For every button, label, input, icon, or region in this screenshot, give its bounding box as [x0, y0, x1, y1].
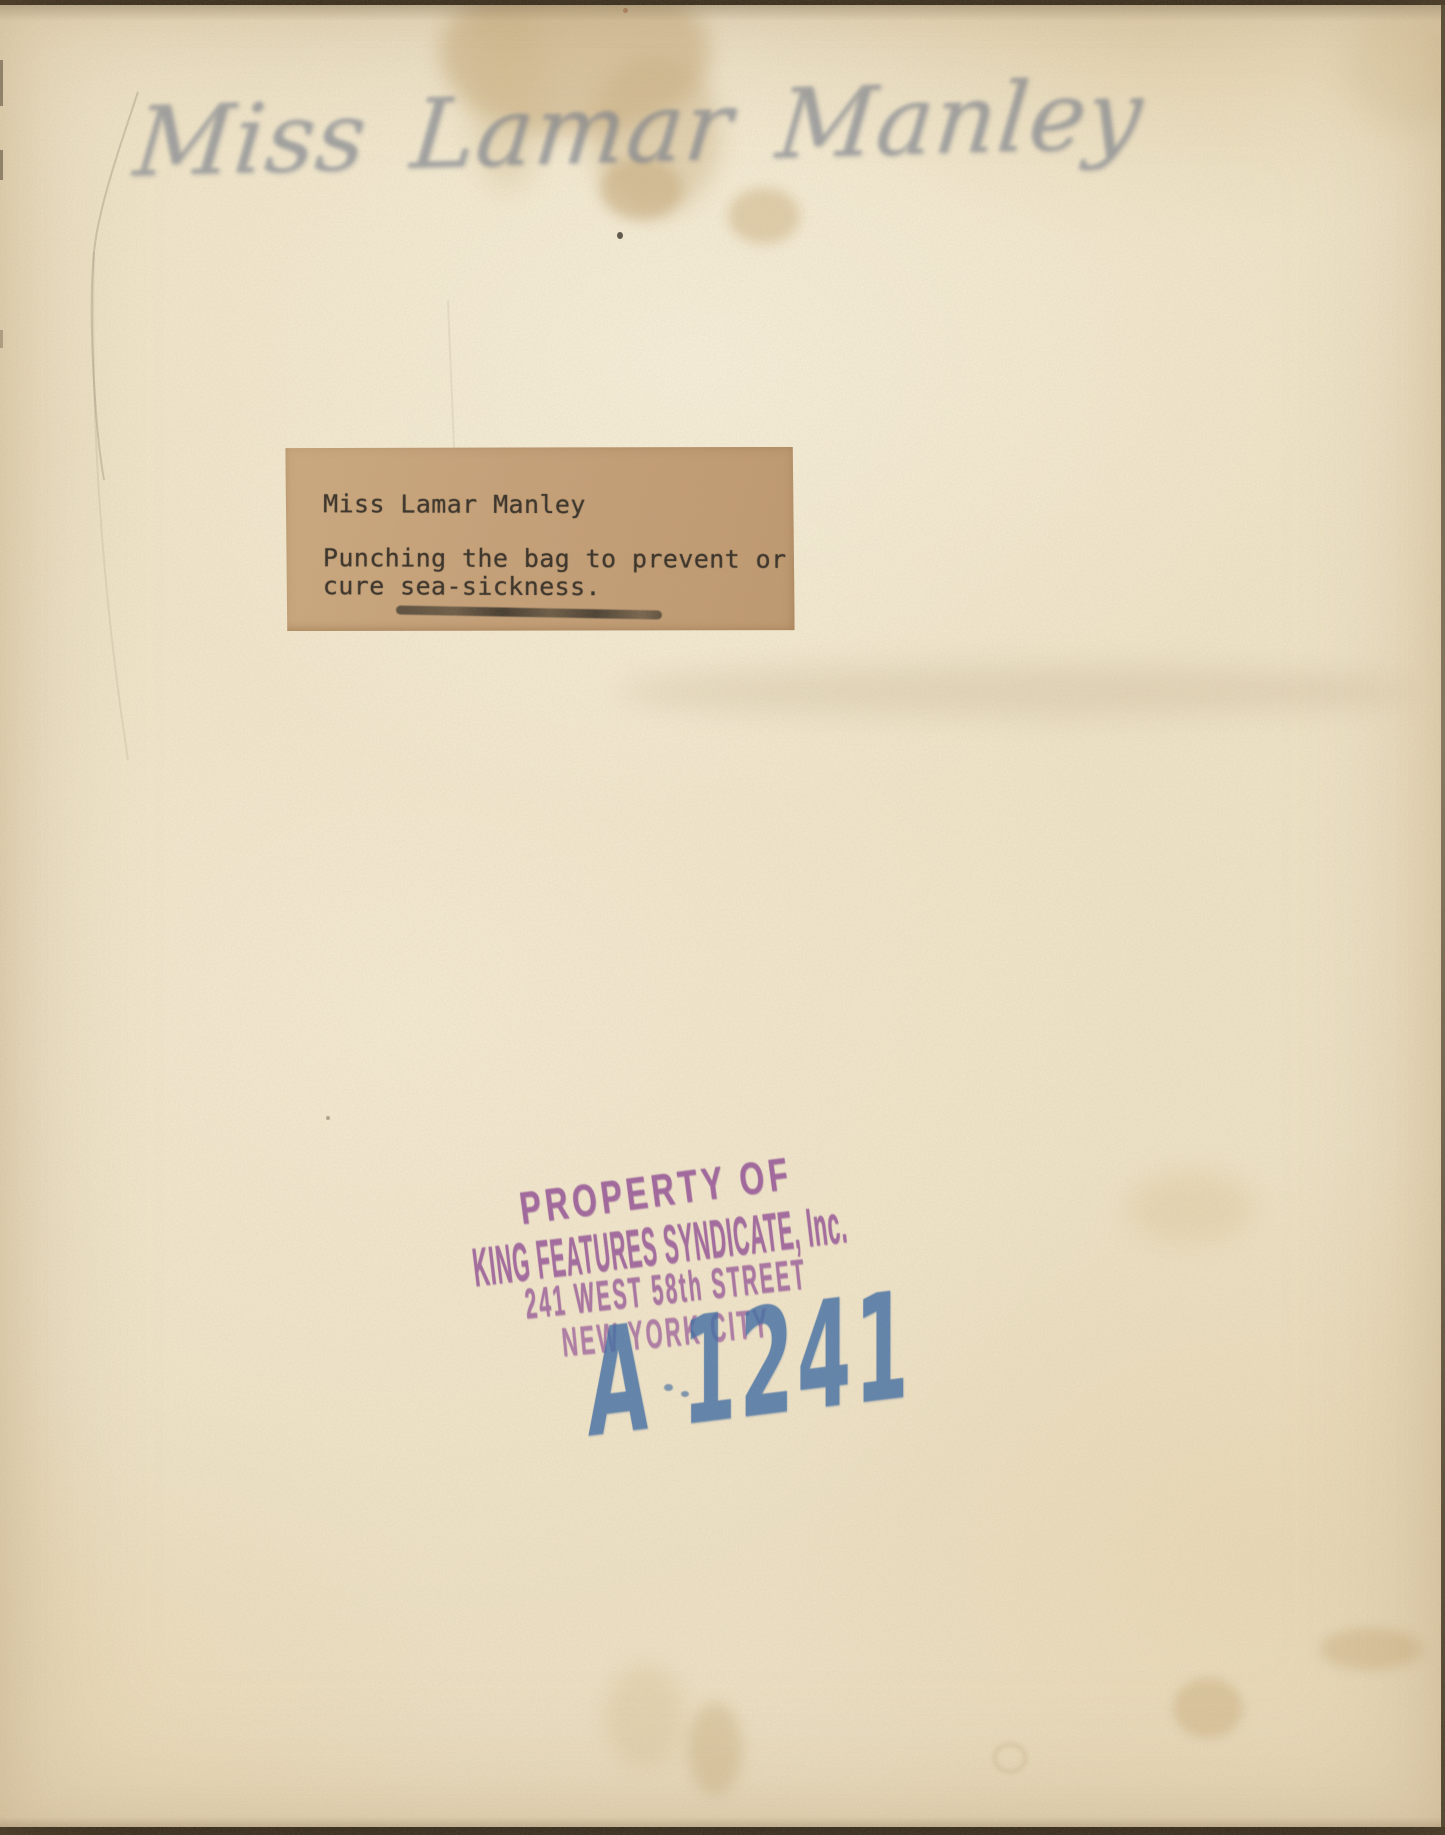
caption-line-2: Punching the bag to prevent or	[323, 543, 787, 574]
stain-bottom-center-faint	[606, 1665, 684, 1767]
caption-label: Miss Lamar Manley Punching the bag to pr…	[283, 445, 796, 633]
crayon-dot	[681, 1391, 689, 1397]
scan-edge-left-fleck	[0, 150, 3, 180]
catalog-number: A 1241	[588, 1272, 912, 1460]
red-speck-top	[623, 8, 628, 13]
scan-edge-left-fleck	[0, 330, 3, 348]
stain-bottom-right-blob	[1173, 1678, 1243, 1738]
caption-line-1: Miss Lamar Manley	[323, 489, 586, 519]
stain-bottom-right-streak	[1320, 1628, 1422, 1670]
scan-edge-bottom	[0, 1827, 1445, 1835]
pencil-inscription: Miss Lamar Manley	[129, 58, 1147, 198]
scan-edge-top	[0, 0, 1445, 5]
caption-line-3: cure sea-sickness.	[323, 571, 601, 601]
stain-top-right	[1345, 5, 1445, 130]
scan-edge-left-fleck	[0, 60, 3, 106]
stain-bottom-center	[688, 1703, 742, 1795]
scan-edge-top-shadow	[0, 5, 1445, 21]
dirt-speck-middle	[326, 1116, 330, 1120]
photo-verso-scan: Miss Lamar Manley Miss Lamar Manley Punc…	[0, 0, 1445, 1835]
ink-speck-top	[617, 232, 623, 239]
crayon-dot	[664, 1384, 673, 1391]
paper-grain-texture	[0, 0, 1445, 1835]
scan-edge-bottom-shadow	[0, 1817, 1445, 1827]
stain-right-middle	[1128, 1172, 1253, 1244]
scan-edge-right	[1441, 0, 1445, 1835]
scan-vignette	[0, 0, 1445, 1835]
stain-ring-bottom	[993, 1743, 1027, 1773]
stain-streak-under-label	[620, 665, 1410, 717]
scratch-lines	[0, 0, 1445, 1835]
stain-near-inscription	[728, 188, 800, 244]
